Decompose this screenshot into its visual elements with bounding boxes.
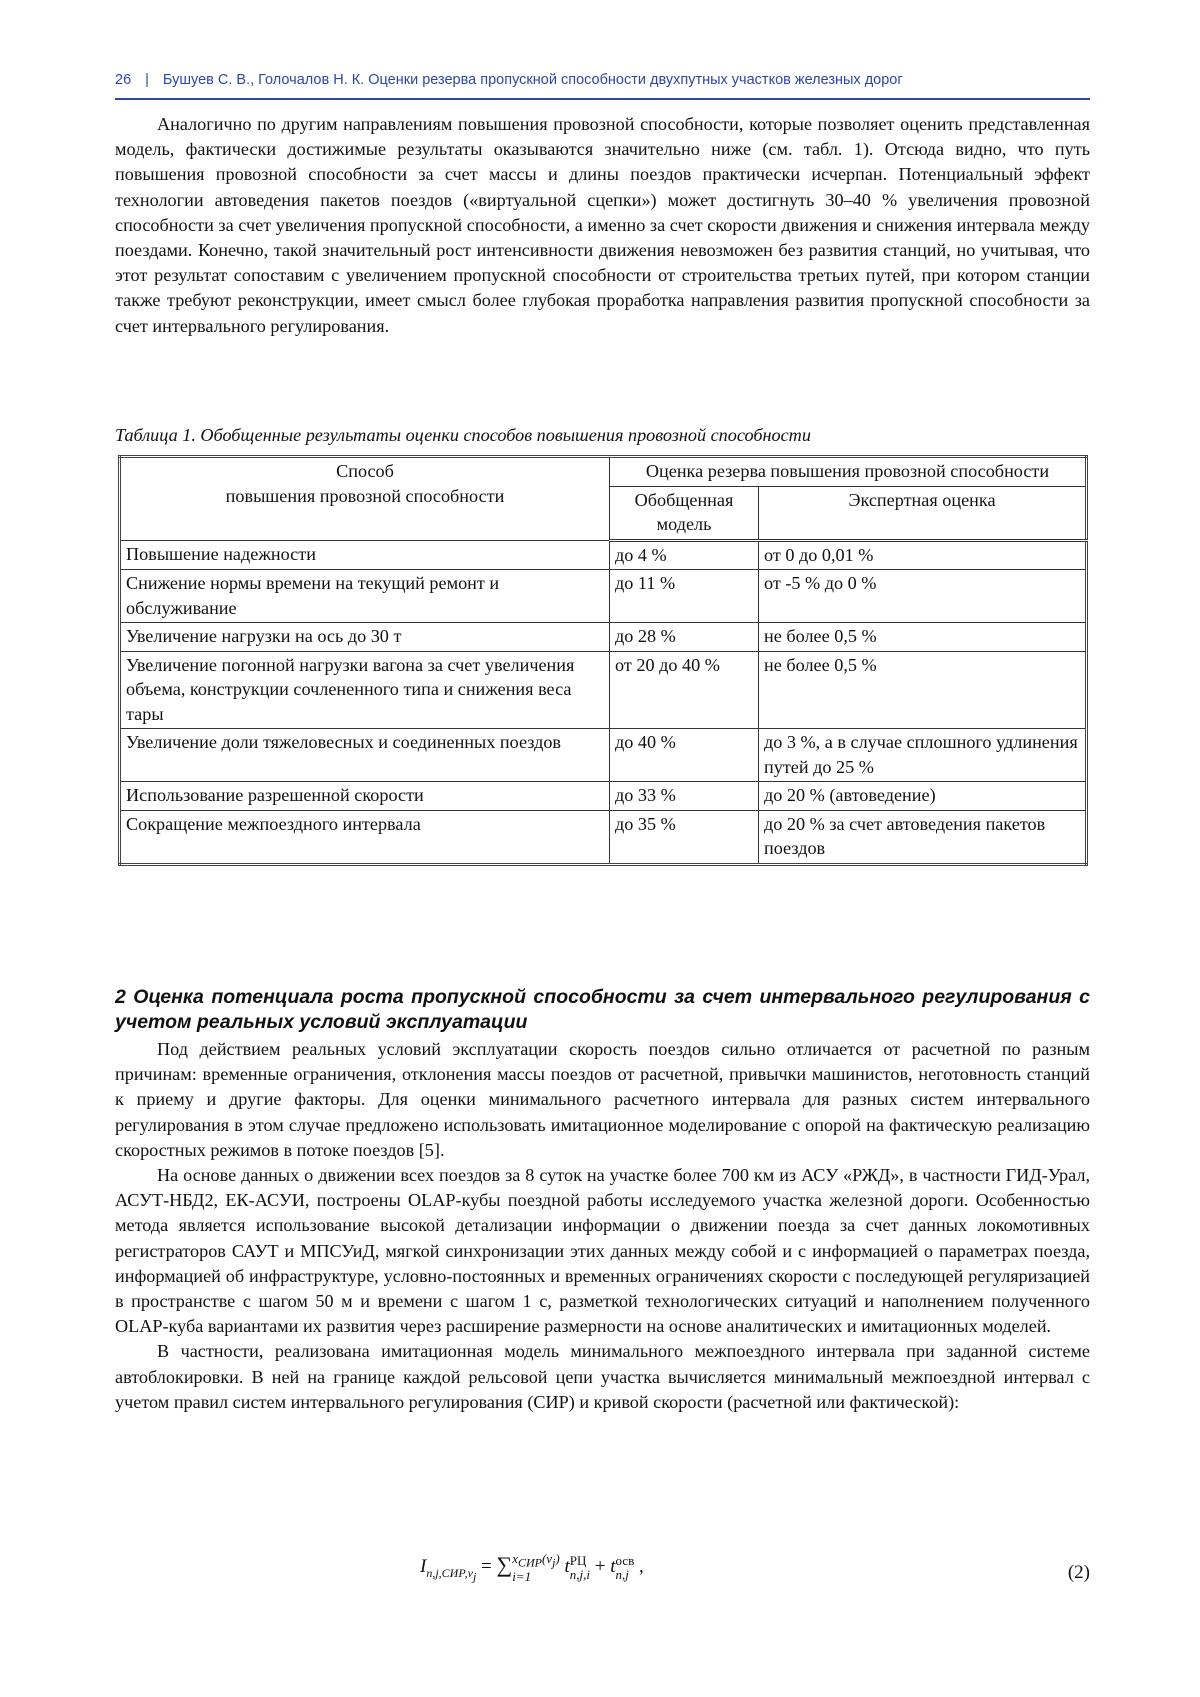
table-row: Увеличение нагрузки на ось до 30 тдо 28 …	[120, 623, 1087, 652]
running-title: Бушуев С. В., Голочалов Н. К. Оценки рез…	[163, 72, 903, 88]
results-table: Способ повышения провозной способности О…	[118, 455, 1088, 866]
equation-expression: In,j,СИР,vj = ∑xСИР(vj)i=1 tРЦn,j,i + tо…	[420, 1552, 644, 1584]
section-text: Под действием реальных условий эксплуата…	[115, 1037, 1090, 1415]
table-row: Увеличение доли тяжеловесных и соединенн…	[120, 729, 1087, 782]
page-number: 26	[115, 72, 131, 88]
cell-method: Увеличение погонной нагрузки вагона за с…	[120, 651, 610, 729]
sum-lower: i=1	[512, 1570, 560, 1584]
cell-model: до 40 %	[610, 729, 759, 782]
paragraph: В частности, реализована имитационная мо…	[115, 1339, 1090, 1415]
cell-model: от 20 до 40 %	[610, 651, 759, 729]
equation-number: (2)	[1068, 1562, 1090, 1584]
cell-expert: от 0 до 0,01 %	[759, 540, 1087, 570]
cell-expert: не более 0,5 %	[759, 623, 1087, 652]
eq-lhs-sub2: j	[473, 1569, 476, 1583]
header-line: Способ	[126, 459, 604, 484]
running-header: 26|Бушуев С. В., Голочалов Н. К. Оценки …	[115, 72, 1090, 88]
table-body: Повышение надежностидо 4 %от 0 до 0,01 %…	[120, 540, 1087, 864]
cell-method: Использование разрешенной скорости	[120, 782, 610, 811]
term1-sup: РЦ	[570, 1554, 590, 1568]
column-header-method: Способ повышения провозной способности	[120, 457, 610, 541]
cell-method: Снижение нормы времени на текущий ремонт…	[120, 570, 610, 623]
sum-upper: xСИР(vj)	[512, 1552, 560, 1570]
table-row: Сокращение межпоездного интерваладо 35 %…	[120, 810, 1087, 864]
cell-method: Повышение надежности	[120, 540, 610, 570]
section-heading: 2 Оценка потенциала роста пропускной спо…	[115, 985, 1090, 1035]
cell-method: Увеличение нагрузки на ось до 30 т	[120, 623, 610, 652]
cell-expert: до 20 % (автоведение)	[759, 782, 1087, 811]
cell-model: до 28 %	[610, 623, 759, 652]
sum-symbol: ∑	[497, 1552, 513, 1577]
eq-equals: =	[481, 1556, 492, 1577]
header-separator: |	[145, 72, 149, 88]
eq-lhs-sub: n,j,СИР,v	[426, 1566, 473, 1580]
eq-comma: ,	[639, 1556, 644, 1577]
paragraph: Под действием реальных условий эксплуата…	[115, 1037, 1090, 1163]
cell-expert: до 3 %, а в случае сплошного удлинения п…	[759, 729, 1087, 782]
term2-sup: осв	[616, 1554, 635, 1568]
cell-model: до 4 %	[610, 540, 759, 570]
cell-method: Увеличение доли тяжеловесных и соединенн…	[120, 729, 610, 782]
paragraph: На основе данных о движении всех поездов…	[115, 1163, 1090, 1339]
paragraph: Аналогично по другим направлениям повыше…	[115, 112, 1090, 339]
cell-expert: от -5 % до 0 %	[759, 570, 1087, 623]
table-caption: Таблица 1. Обобщенные результаты оценки …	[115, 423, 1090, 448]
cell-model: до 33 %	[610, 782, 759, 811]
table-row: Повышение надежностидо 4 %от 0 до 0,01 %	[120, 540, 1087, 570]
table-row: Использование разрешенной скоростидо 33 …	[120, 782, 1087, 811]
eq-plus: +	[595, 1556, 606, 1577]
table-row: Увеличение погонной нагрузки вагона за с…	[120, 651, 1087, 729]
cell-model: до 35 %	[610, 810, 759, 864]
header-line: повышения провозной способности	[126, 484, 604, 509]
cell-expert: не более 0,5 %	[759, 651, 1087, 729]
equation-2: In,j,СИР,vj = ∑xСИР(vj)i=1 tРЦn,j,i + tо…	[115, 1546, 1090, 1596]
term2-sub: n,j	[616, 1568, 635, 1582]
table-row: Снижение нормы времени на текущий ремонт…	[120, 570, 1087, 623]
column-header-expert: Экспертная оценка	[759, 486, 1087, 540]
header-rule	[115, 98, 1090, 100]
cell-expert: до 20 % за счет автоведения пакетов поез…	[759, 810, 1087, 864]
cell-model: до 11 %	[610, 570, 759, 623]
intro-text: Аналогично по другим направлениям повыше…	[115, 112, 1090, 339]
cell-method: Сокращение межпоездного интервала	[120, 810, 610, 864]
term1-sub: n,j,i	[570, 1568, 590, 1582]
column-header-model: Обобщенная модель	[610, 486, 759, 540]
column-header-group: Оценка резерва повышения провозной спосо…	[610, 457, 1087, 487]
